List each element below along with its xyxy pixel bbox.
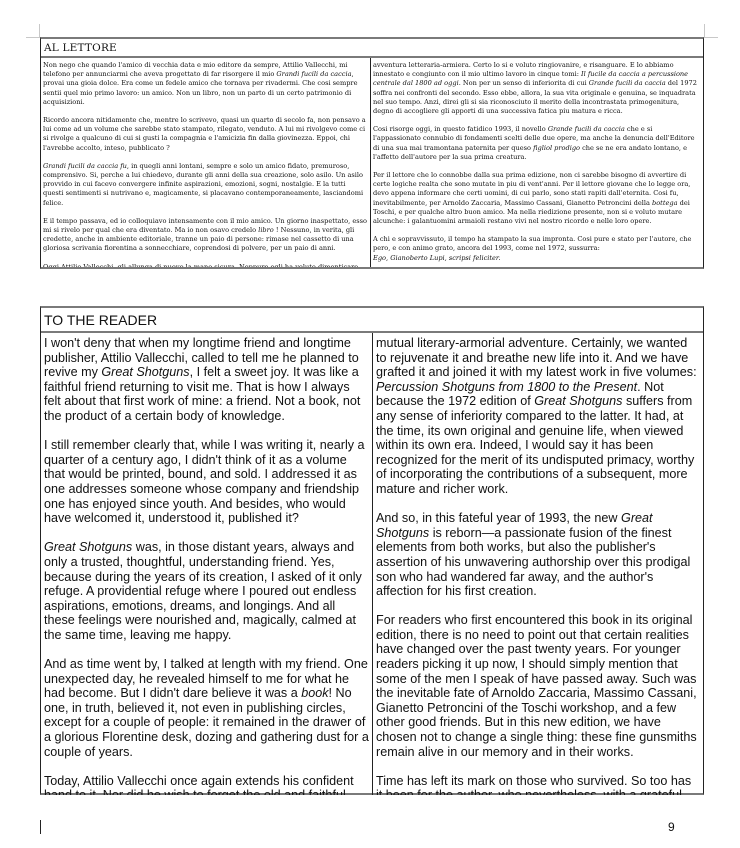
text-run: A chi e sopravvissuto, il tempo ha stamp…	[373, 235, 691, 252]
text-run: suffers from any sense of inferiority co…	[376, 394, 694, 496]
paragraph: And as time went by, I talked at length …	[44, 657, 369, 759]
text-run: Ricordo ancora nitidamente che, mentre l…	[43, 116, 366, 152]
italic-text: Grande fucili da caccia	[548, 125, 625, 133]
italian-left-column: Non nego che quando l'amico di vecchia d…	[41, 58, 371, 267]
italic-text: Percussion Shotguns from 1800 to the Pre…	[376, 380, 637, 394]
paragraph: mutual literary-armorial adventure. Cert…	[376, 336, 700, 497]
italic-text: Great Shotguns	[534, 394, 622, 408]
page-number: 9	[668, 820, 675, 834]
english-right-column: mutual literary-armorial adventure. Cert…	[373, 333, 703, 795]
paragraph: avventura letteraria-armiera. Certo lo s…	[373, 61, 701, 116]
crop-mark-top-right-vertical	[704, 24, 705, 38]
crop-mark-top-left-horizontal	[26, 37, 40, 38]
italic-text: libro	[258, 226, 274, 234]
crop-mark-top-left-vertical	[39, 24, 40, 38]
english-text-box: TO THE READER I won't deny that when my …	[40, 306, 704, 795]
italic-text: book	[301, 686, 328, 700]
text-run: Per il lettore che lo connobbe dalla sua…	[373, 171, 690, 207]
paragraph: Time has left its mark on those who surv…	[376, 774, 700, 795]
english-left-column: I won't deny that when my longtime frien…	[41, 333, 373, 795]
text-run: For readers who first encountered this b…	[376, 613, 697, 758]
crop-mark-top-right-horizontal	[704, 37, 718, 38]
text-run: was, in those distant years, always and …	[44, 540, 362, 642]
italian-right-column: avventura letteraria-armiera. Certo lo s…	[371, 58, 703, 267]
text-run: Time has left its mark on those who surv…	[376, 774, 691, 795]
paragraph: Great Shotguns was, in those distant yea…	[44, 540, 369, 642]
italic-text: Great Shotguns	[101, 365, 189, 379]
text-run: I still remember clearly that, while I w…	[44, 438, 365, 525]
italic-text: Grandi fucili da caccia	[276, 70, 351, 78]
text-run: Cosi risorge oggi, in questo fatidico 19…	[373, 125, 548, 133]
paragraph: Cosi risorge oggi, in questo fatidico 19…	[373, 125, 701, 162]
paragraph: Non nego che quando l'amico di vecchia d…	[43, 61, 368, 107]
paragraph: Today, Attilio Vallecchi once again exte…	[44, 774, 369, 795]
italic-text: bottega	[652, 199, 678, 207]
text-run: And so, in this fateful year of 1993, th…	[376, 511, 621, 525]
paragraph: I won't deny that when my longtime frien…	[44, 336, 369, 424]
italic-text: Great Shotguns	[44, 540, 132, 554]
paragraph: A chi e sopravvissuto, il tempo ha stamp…	[373, 235, 701, 263]
italian-section-title: AL LETTORE	[41, 39, 703, 58]
text-cursor	[40, 820, 41, 834]
paragraph: Per il lettore che lo connobbe dalla sua…	[373, 171, 701, 226]
italic-text: figliol prodigo	[533, 144, 580, 152]
paragraph: I still remember clearly that, while I w…	[44, 438, 369, 526]
paragraph: Oggi Attilio Vallecchi, gli allunga di n…	[43, 263, 368, 267]
italic-text: Grande fucili da caccia	[589, 79, 666, 87]
paragraph: And so, in this fateful year of 1993, th…	[376, 511, 700, 599]
text-run: Oggi Attilio Vallecchi, gli allunga di n…	[43, 263, 358, 267]
italian-text-box: AL LETTORE Non nego che quando l'amico d…	[40, 37, 704, 269]
paragraph: E il tempo passava, ed io colloquiavo in…	[43, 217, 368, 254]
text-run: . Non per un senso di inferiorita di cui	[459, 79, 589, 87]
italic-text: Grandi fucili da caccia fu	[43, 162, 127, 170]
text-run: Today, Attilio Vallecchi once again exte…	[44, 774, 354, 795]
text-run: mutual literary-armorial adventure. Cert…	[376, 336, 697, 379]
english-section-title: TO THE READER	[41, 308, 703, 333]
paragraph: For readers who first encountered this b…	[376, 613, 700, 759]
paragraph: Ricordo ancora nitidamente che, mentre l…	[43, 116, 368, 153]
paragraph: Grandi fucili da caccia fu, in quegli an…	[43, 162, 368, 208]
italic-text: Ego, Gianoberto Lupi, scripsi feliciter.	[373, 254, 500, 262]
